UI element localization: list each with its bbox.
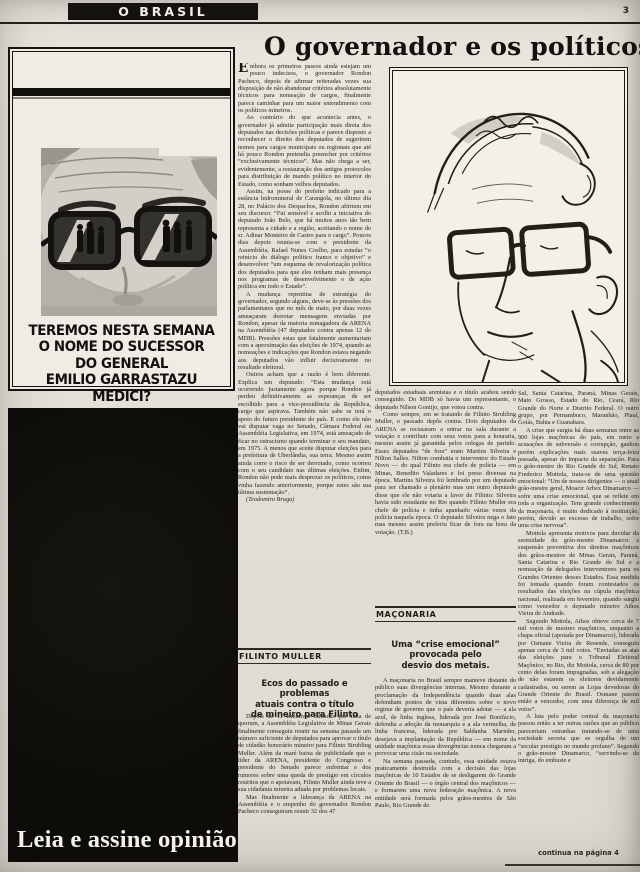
- page-number: 3: [623, 6, 629, 16]
- promo-headline-line: TEREMOS NESTA SEMANA: [17, 323, 226, 339]
- glasses-photo-illustration: [41, 148, 217, 316]
- kicker-rule: [375, 621, 516, 622]
- promo-box-inner: TEREMOS NESTA SEMANA O NOME DO SUCESSOR …: [12, 51, 231, 387]
- subscribe-ad: Leia e assine opinião: [8, 408, 238, 862]
- heading-line: desvio dos metais.: [375, 661, 516, 671]
- portrait-illustration-box: [389, 67, 628, 386]
- paragraph: Mas finalmente a liderança da ARENA na A…: [238, 794, 371, 816]
- masonry-kicker-block: MAÇONARIA: [375, 606, 516, 622]
- byline: (Teodomiro Braga): [238, 496, 371, 503]
- paragraph: Depois de 11 tentativas falhadas por fal…: [238, 713, 371, 794]
- heading-line: provocada pelo: [375, 650, 516, 660]
- kicker-rule: [238, 663, 371, 664]
- paragraph: deputados estaduais arenistas e o título…: [375, 389, 516, 411]
- ad-text: Leia e assine opinião: [17, 826, 237, 854]
- article-headline: O governador e os políticos: [264, 32, 638, 61]
- continuation-note: continua na página 4: [518, 849, 639, 857]
- newspaper-page: O BRASIL 3: [0, 0, 640, 872]
- masonry-article-column-1: A maçonaria no Brasil sempre manteve dis…: [375, 677, 516, 872]
- paragraph: Embora os primeiros passos ainda estejam…: [238, 63, 371, 114]
- filinto-kicker-block: FILINTO MULLER: [238, 648, 371, 664]
- paragraph: Ao contrário do que acontecia antes, o g…: [238, 114, 371, 187]
- paragraph: Como sempre, em se tratando de Filinto S…: [375, 411, 516, 536]
- portrait-sketch: [392, 70, 625, 383]
- promo-divider-band: [13, 88, 230, 96]
- filinto-article-column-1: Depois de 11 tentativas falhadas por fal…: [238, 713, 371, 872]
- header-rule: [0, 22, 640, 24]
- paragraph: A maçonaria no Brasil sempre manteve dis…: [375, 677, 516, 758]
- drop-cap: E: [238, 63, 250, 74]
- paragraph: Outros acham que a razão é bem diferente…: [238, 371, 371, 496]
- paragraph: A crise que surgiu há duas semanas entre…: [518, 427, 639, 530]
- masonry-article-column-2: Sul, Santa Catarina, Paraná, Minas Gerai…: [518, 390, 639, 846]
- masonry-heading: Uma “crise emocional” provocada pelo des…: [375, 640, 516, 671]
- paragraph: Sul, Santa Catarina, Paraná, Minas Gerai…: [518, 390, 639, 427]
- promo-headline-line: O NOME DO SUCESSOR: [17, 339, 226, 355]
- masthead-title: O BRASIL: [118, 4, 207, 19]
- paragraph: Segundo Mottola, Athos obteve cerca de 7…: [518, 618, 639, 713]
- governor-article-column: Embora os primeiros passos ainda estejam…: [238, 63, 371, 648]
- promo-headline-line: EMILIO GARRASTAZU MEDICI?: [17, 372, 226, 405]
- masonry-kicker: MAÇONARIA: [375, 608, 516, 622]
- paragraph: A luta pelo poder central da maçonaria p…: [518, 713, 639, 764]
- paragraph: A mudança repentina de estratégia do gov…: [238, 291, 371, 372]
- paragraph: Mottola apresenta motivos para duvidar d…: [518, 530, 639, 618]
- heading-line: Uma “crise emocional”: [375, 640, 516, 650]
- filinto-kicker: FILINTO MULLER: [238, 650, 371, 664]
- paragraph: Na semana passada, contudo, essa unidade…: [375, 758, 516, 809]
- masthead-bar: O BRASIL: [68, 3, 258, 20]
- heading-line: atuais contra o título: [238, 700, 371, 710]
- paragraph: Assim, na posse do prefeito indicado par…: [238, 188, 371, 291]
- promo-headline: TEREMOS NESTA SEMANA O NOME DO SUCESSOR …: [17, 323, 226, 405]
- paragraph-text: mbora os primeiros passos ainda estejam …: [238, 63, 371, 114]
- bottom-rule: [505, 864, 640, 866]
- promo-headline-line: DO GENERAL: [17, 356, 226, 372]
- promo-box: TEREMOS NESTA SEMANA O NOME DO SUCESSOR …: [8, 47, 235, 391]
- heading-line: Ecos do passado e problemas: [238, 679, 371, 700]
- filinto-article-column-2: deputados estaduais arenistas e o título…: [375, 389, 516, 603]
